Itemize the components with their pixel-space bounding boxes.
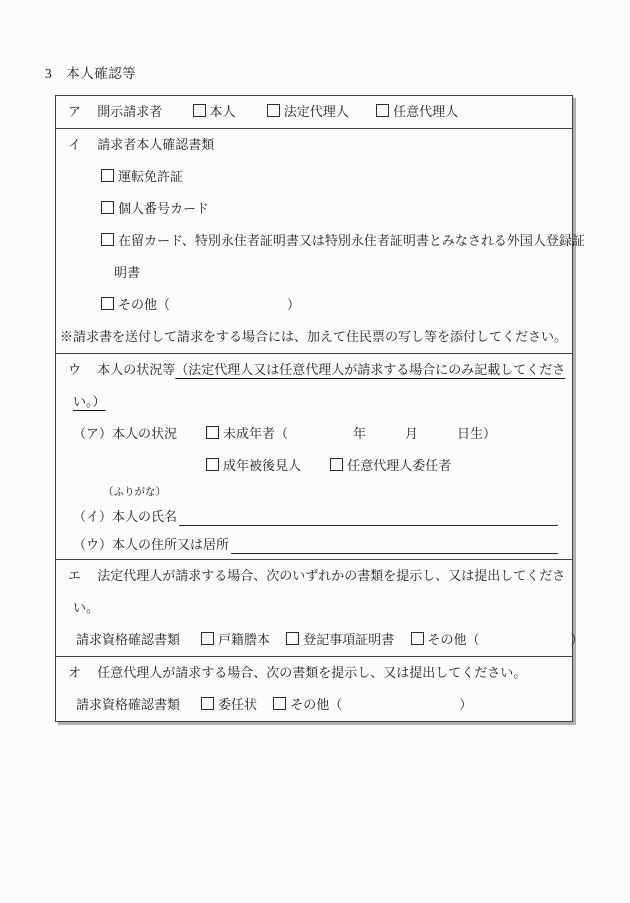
checkbox-icon[interactable]: [330, 458, 343, 471]
section-i-title: 請求者本人確認書類: [97, 137, 214, 152]
document-option-line: 運転免許証: [56, 161, 572, 193]
principal-address-label: （ウ）本人の住所又は居所: [73, 530, 229, 559]
checkbox-label-other-legal-doc: その他（ ）: [428, 632, 584, 647]
section-o-line1: 任意代理人が請求する場合、次の書類を提示し、又は提出してください。: [97, 665, 526, 680]
checkbox-icon[interactable]: [101, 233, 114, 246]
section-e-line2-container: い。: [56, 592, 572, 624]
checkbox-icon[interactable]: [376, 104, 389, 117]
section-u-title-line: ウ 本人の状況等（法定代理人又は任意代理人が請求する場合にのみ記載してくださ: [56, 354, 572, 386]
principal-address-input-line[interactable]: [231, 530, 558, 554]
checkbox-icon[interactable]: [267, 104, 280, 117]
furigana-label: （ふりがな）: [103, 487, 166, 498]
section-e-doc-line: 請求資格確認書類戸籍謄本 登記事項証明書 その他（ ）: [56, 624, 572, 656]
checkbox-icon[interactable]: [206, 426, 219, 439]
checkbox-label-residence-card-line1: 在留カード、特別永住者証明書又は特別永住者証明書とみなされる外国人登録証: [118, 233, 585, 248]
checkbox-label-minor: 未成年者（ 年 月 日生）: [223, 426, 496, 441]
heading-title: 本人確認等: [66, 66, 136, 81]
document-option-continuation: 明書: [56, 257, 572, 289]
checkbox-label-adult-ward: 成年被後見人: [223, 458, 301, 473]
checkbox-option-family-register[interactable]: 戸籍謄本: [201, 624, 270, 656]
checkbox-option-drivers-license[interactable]: 運転免許証: [101, 161, 183, 193]
section-a-title: 開示請求者: [97, 104, 162, 119]
checkbox-option-power-of-attorney[interactable]: 委任状: [201, 689, 257, 721]
section-legal-representative-docs: エ 法定代理人が請求する場合、次のいずれかの書類を提示し、又は提出してくださ い…: [56, 559, 572, 656]
checkbox-label-residence-card-line2: 明書: [114, 265, 140, 280]
checkbox-option-other-identity-doc[interactable]: その他（ ）: [101, 289, 300, 321]
mailing-note-text: ※請求書を送付して請求をする場合には、加えて住民票の写し等を添付してください。: [60, 329, 567, 344]
document-page: 3本人確認等 ア 開示請求者 本人 法定代理人 任意代理人 イ 請求者本人確認書…: [0, 0, 630, 903]
principal-status-line: （ア）本人の状況未成年者（ 年 月 日生）: [56, 418, 572, 450]
checkbox-option-voluntary-representative[interactable]: 任意代理人: [376, 96, 458, 128]
principal-status-label: （ア）本人の状況: [73, 418, 206, 450]
checkbox-option-voluntary-agent-delegator[interactable]: 任意代理人委任者: [330, 450, 451, 482]
identity-verification-table: ア 開示請求者 本人 法定代理人 任意代理人 イ 請求者本人確認書類 運転免許証…: [55, 95, 573, 722]
principal-name-line: （イ）本人の氏名: [56, 504, 572, 530]
checkbox-icon[interactable]: [411, 632, 424, 645]
furigana-label-line: （ふりがな）: [56, 482, 572, 504]
principal-name-input-line[interactable]: [179, 504, 558, 526]
checkbox-icon[interactable]: [101, 297, 114, 310]
checkbox-icon[interactable]: [101, 169, 114, 182]
checkbox-option-my-number-card[interactable]: 個人番号カード: [101, 193, 209, 225]
checkbox-icon[interactable]: [273, 697, 286, 710]
checkbox-label-power-of-attorney: 委任状: [218, 697, 257, 712]
checkbox-label-my-number-card: 個人番号カード: [118, 201, 209, 216]
checkbox-icon[interactable]: [201, 632, 214, 645]
checkbox-option-registration-certificate[interactable]: 登記事項証明書: [286, 624, 394, 656]
checkbox-option-legal-representative[interactable]: 法定代理人: [267, 96, 349, 128]
principal-address-line: （ウ）本人の住所又は居所: [56, 530, 572, 559]
row-disclosure-requester: ア 開示請求者 本人 法定代理人 任意代理人: [56, 96, 572, 128]
section-u-note-line2: い。）: [73, 394, 106, 409]
checkbox-label-legal-representative: 法定代理人: [284, 104, 349, 119]
document-option-line: 個人番号カード: [56, 193, 572, 225]
heading-number: 3: [45, 66, 52, 81]
section-e-title-line: エ 法定代理人が請求する場合、次のいずれかの書類を提示し、又は提出してくださ: [56, 560, 572, 592]
section-o-title-line: オ 任意代理人が請求する場合、次の書類を提示し、又は提出してください。: [56, 657, 572, 689]
checkbox-label-voluntary-agent-delegator: 任意代理人委任者: [347, 458, 451, 473]
checkbox-icon[interactable]: [101, 201, 114, 214]
checkbox-label-drivers-license: 運転免許証: [118, 169, 183, 184]
section-i-title-line: イ 請求者本人確認書類: [56, 129, 572, 161]
section-u-label: ウ: [68, 354, 81, 386]
checkbox-label-other-voluntary-doc: その他（ ）: [290, 697, 472, 712]
section-e-label: エ: [68, 560, 81, 592]
qualification-doc-label-e: 請求資格確認書類: [76, 624, 201, 656]
section-i-label: イ: [68, 129, 81, 161]
section-voluntary-representative-docs: オ 任意代理人が請求する場合、次の書類を提示し、又は提出してください。 請求資格…: [56, 656, 572, 721]
qualification-doc-label-o: 請求資格確認書類: [76, 689, 201, 721]
section-a-label: ア: [68, 96, 81, 128]
checkbox-icon[interactable]: [201, 697, 214, 710]
section-u-note-line1: （法定代理人又は任意代理人が請求する場合にのみ記載してくださ: [175, 362, 565, 377]
checkbox-label-self: 本人: [210, 104, 236, 119]
checkbox-label-other-identity-doc: その他（ ）: [118, 297, 300, 312]
document-option-line: 在留カード、特別永住者証明書又は特別永住者証明書とみなされる外国人登録証: [56, 225, 572, 257]
checkbox-option-minor[interactable]: 未成年者（ 年 月 日生）: [206, 418, 496, 450]
checkbox-label-voluntary-representative: 任意代理人: [393, 104, 458, 119]
section-o-doc-line: 請求資格確認書類委任状 その他（ ）: [56, 689, 572, 721]
checkbox-option-other-voluntary-doc[interactable]: その他（ ）: [273, 689, 472, 721]
checkbox-option-other-legal-doc[interactable]: その他（ ）: [411, 624, 584, 656]
principal-status-line2: 成年被後見人 任意代理人委任者: [56, 450, 572, 482]
section-e-line1: 法定代理人が請求する場合、次のいずれかの書類を提示し、又は提出してくださ: [97, 568, 565, 583]
checkbox-icon[interactable]: [286, 632, 299, 645]
mailing-note: ※請求書を送付して請求をする場合には、加えて住民票の写し等を添付してください。: [56, 321, 572, 353]
section-principal-status: ウ 本人の状況等（法定代理人又は任意代理人が請求する場合にのみ記載してくださ い…: [56, 353, 572, 559]
checkbox-icon[interactable]: [193, 104, 206, 117]
principal-name-label: （イ）本人の氏名: [73, 504, 177, 530]
document-option-line: その他（ ）: [56, 289, 572, 321]
section-u-title: 本人の状況等: [97, 362, 175, 377]
section-identity-documents: イ 請求者本人確認書類 運転免許証 個人番号カード 在留カード、特別永住者証明書…: [56, 128, 572, 353]
section-e-line2: い。: [73, 600, 99, 615]
checkbox-icon[interactable]: [206, 458, 219, 471]
checkbox-label-registration-certificate: 登記事項証明書: [303, 632, 394, 647]
page-title: 3本人確認等: [45, 62, 136, 82]
checkbox-option-adult-ward[interactable]: 成年被後見人: [206, 450, 301, 482]
section-u-note-continuation: い。）: [56, 386, 572, 418]
checkbox-label-family-register: 戸籍謄本: [218, 632, 270, 647]
checkbox-option-residence-card[interactable]: 在留カード、特別永住者証明書又は特別永住者証明書とみなされる外国人登録証: [101, 225, 585, 257]
section-o-label: オ: [68, 657, 81, 689]
checkbox-option-self[interactable]: 本人: [193, 96, 236, 128]
